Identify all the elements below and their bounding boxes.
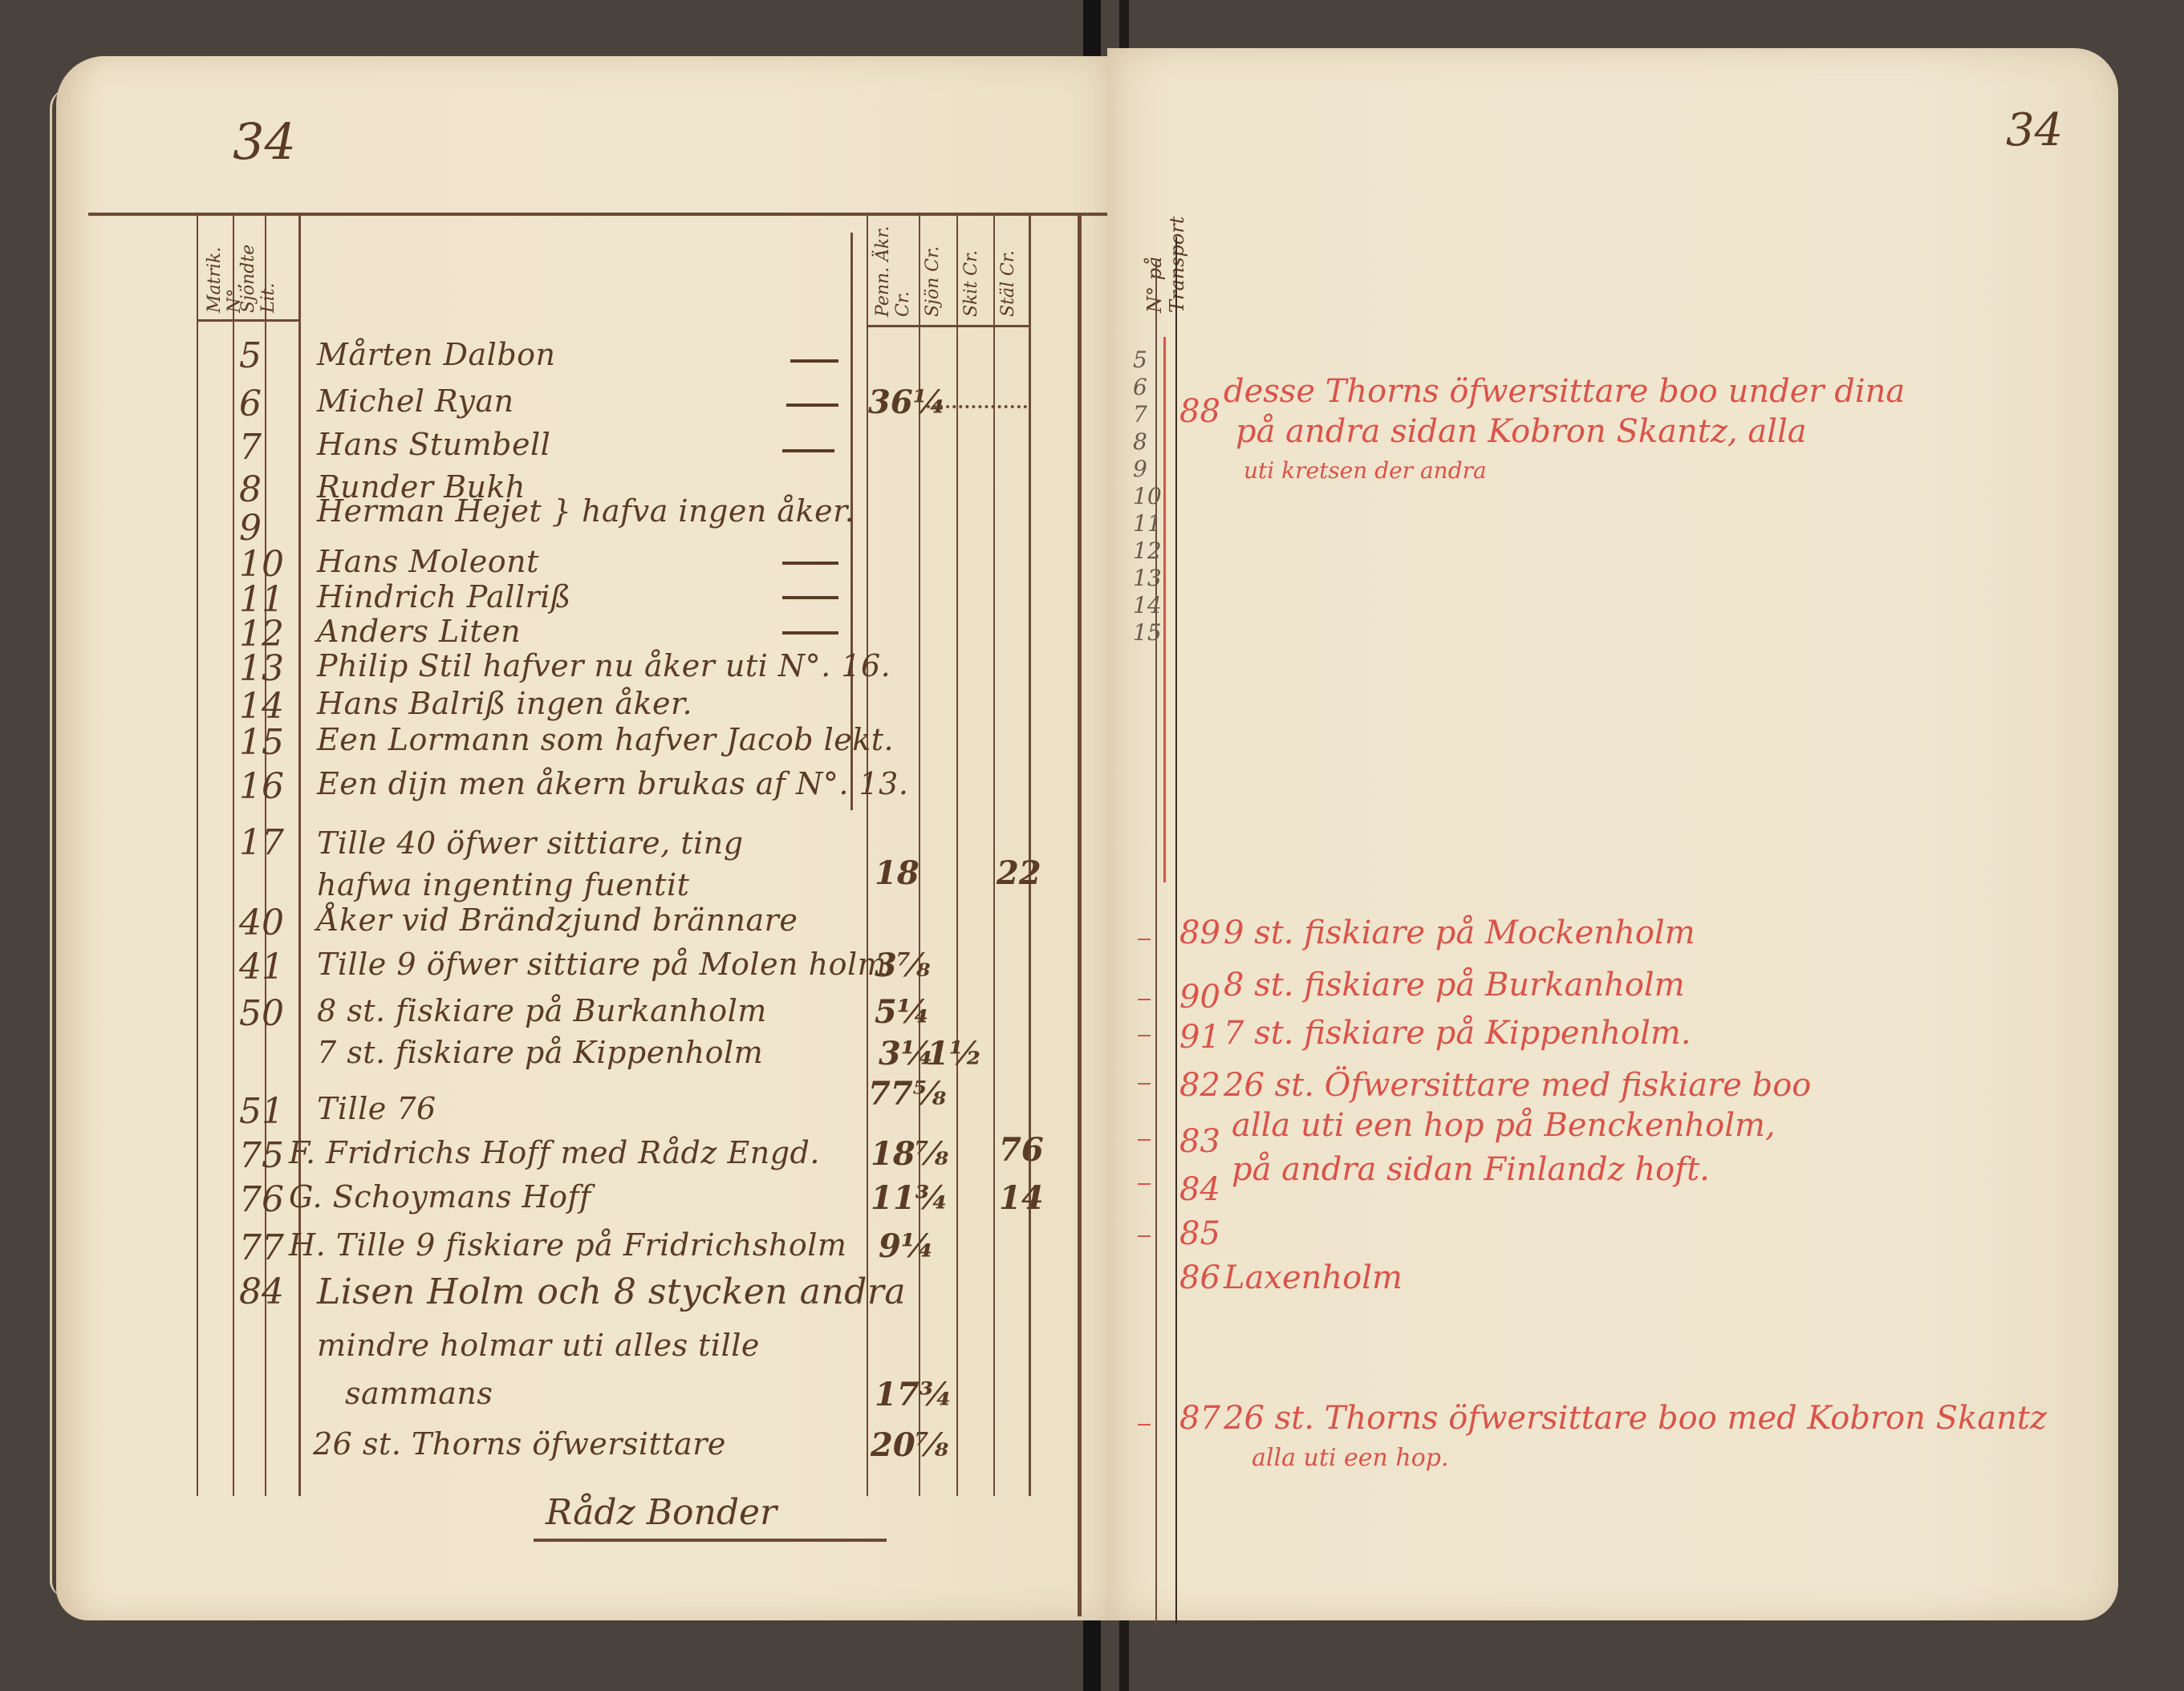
- entry-text: Tille 76: [317, 1091, 436, 1126]
- top-rule: [88, 213, 1115, 216]
- red-tick: [1138, 1139, 1151, 1141]
- entry-no: 16: [239, 766, 284, 807]
- dash-mark: [782, 449, 834, 452]
- red-tick: [1138, 1035, 1151, 1036]
- red-bracket: [1163, 337, 1166, 882]
- red-entry-no: 85: [1179, 1215, 1220, 1252]
- entry-text: G. Schoymans Hoff: [289, 1179, 591, 1215]
- entry-text: Tille 9 öfwer sittiare på Molen holm: [317, 947, 887, 982]
- signature-underline: [534, 1539, 887, 1542]
- dash-mark: [790, 359, 838, 363]
- entry-no: 50: [239, 993, 284, 1034]
- entry-amount: 5¼: [875, 993, 931, 1031]
- entry-text: 7 st. fiskiare på Kippenholm: [317, 1035, 763, 1070]
- entry-no: 9: [239, 508, 262, 549]
- right-page-number: 34: [2006, 104, 2063, 156]
- gutter-rule: [1078, 213, 1082, 1616]
- red-tick: [1138, 1083, 1151, 1085]
- red-entry-no: 90: [1179, 979, 1220, 1016]
- header-col-3: Skit Cr.: [961, 221, 981, 317]
- entry-no: 75: [239, 1135, 284, 1176]
- dash-mark: [782, 562, 838, 565]
- entry-extra: 22: [997, 854, 1041, 892]
- entry-amount: 3⅞: [875, 947, 930, 984]
- entry-no: 14: [239, 686, 284, 727]
- red-tick: [1138, 999, 1151, 1000]
- red-entry-line: Laxenholm: [1224, 1259, 1403, 1296]
- red-entry-no: 87: [1179, 1400, 1220, 1437]
- red-entry-line: uti kretsen der andra: [1244, 457, 1487, 484]
- entry-text: Herman Hejet } hafva ingen åker.: [317, 493, 855, 529]
- red-entry-line: 9 st. fiskiare på Mockenholm: [1224, 914, 1695, 951]
- entry-text: Hindrich Pallriß: [317, 579, 571, 614]
- red-entry-line: alla uti een hop.: [1252, 1444, 1449, 1472]
- red-entry-no: 84: [1179, 1171, 1220, 1208]
- entry-no: 17: [239, 822, 284, 863]
- red-entry-no: 83: [1179, 1123, 1220, 1160]
- col-rule: [233, 213, 234, 1496]
- col-rule: [298, 213, 301, 1496]
- header-rule: [867, 325, 1031, 327]
- entry-extra: 14: [999, 1179, 1044, 1217]
- entry-amount: 9¼: [879, 1227, 935, 1265]
- entry-extra: 1½: [927, 1035, 983, 1073]
- red-entry-line: 26 st. Öfwersittare med fiskiare boo: [1224, 1067, 1811, 1104]
- entry-amount: 77⅝: [868, 1075, 946, 1113]
- entry-no: 51: [239, 1091, 284, 1132]
- entry-text: 26 st. Thorns öfwersittare: [313, 1426, 726, 1462]
- entry-no: 15: [239, 722, 284, 763]
- entry-no: 41: [239, 947, 284, 987]
- entry-no: 8: [239, 469, 262, 510]
- red-entry-line: desse Thorns öfwersittare boo under dina: [1224, 373, 1905, 410]
- col-rule: [197, 213, 198, 1496]
- entry-text: Anders Liten: [317, 614, 521, 649]
- entry-text: F. Fridrichs Hoff med Rådz Engd.: [289, 1135, 820, 1170]
- entry-no: 84: [239, 1271, 284, 1312]
- red-entry-line: 8 st. fiskiare på Burkanholm: [1224, 967, 1685, 1004]
- red-entry-no: 86: [1179, 1259, 1220, 1296]
- entry-text: Åker vid Brändzjund brännare: [317, 902, 798, 938]
- left-page-number: 34: [233, 112, 296, 171]
- red-tick: [1138, 939, 1151, 940]
- red-entry-no: 88: [1179, 393, 1220, 430]
- dash-mark: [782, 631, 838, 635]
- entry-amount: 20⅞: [871, 1426, 948, 1464]
- entry-no: 13: [239, 648, 284, 689]
- red-entry-line: på andra sidan Kobron Skantz, alla: [1236, 413, 1807, 450]
- page-edge-stack: [50, 88, 70, 1596]
- entry-row: 5: [239, 335, 262, 376]
- entry-amount: 18: [875, 854, 919, 892]
- entry-text: Philip Stil hafver nu åker uti N°. 16.: [317, 648, 891, 683]
- entry-text: Michel Ryan: [317, 383, 514, 419]
- red-entry-no: 82: [1179, 1067, 1220, 1104]
- header-sjondte: Sjöndte Lit.: [238, 225, 278, 313]
- entry-text: Een Lormann som hafver Jacob lekt.: [317, 722, 894, 757]
- transport-numbers: 5 6 7 8 9 10 11 12 13 14 15: [1133, 347, 1162, 647]
- transport-header: N° på Transport: [1143, 225, 1188, 313]
- entry-amount: 18⅞: [871, 1135, 948, 1173]
- header-col-1: Penn. Äkr. Cr.: [873, 221, 913, 317]
- dotted-leader: [927, 405, 1027, 408]
- dash-mark: [782, 596, 838, 599]
- header-col-4: Stäl Cr.: [998, 221, 1018, 317]
- red-entry-line: 7 st. fiskiare på Kippenholm.: [1224, 1015, 1691, 1052]
- entry-text: Lisen Holm och 8 stycken andra: [317, 1271, 906, 1312]
- entry-text: Hans Stumbell: [317, 427, 550, 462]
- red-entry-line: 26 st. Thorns öfwersittare boo med Kobro…: [1224, 1400, 2047, 1437]
- entry-text: mindre holmar uti alles tille: [317, 1328, 760, 1363]
- entry-no: 7: [239, 427, 262, 468]
- dash-mark: [786, 403, 838, 407]
- red-tick: [1138, 1424, 1151, 1425]
- signature: Rådz Bonder: [546, 1492, 777, 1533]
- entry-amount: 17¾: [875, 1376, 952, 1413]
- entry-text: sammans: [345, 1376, 493, 1411]
- entry-text: Een dijn men åkern brukas af N°. 13.: [317, 766, 908, 801]
- transport-col-rule: [1175, 237, 1177, 1624]
- entry-no: 6: [239, 383, 262, 424]
- red-entry-line: på andra sidan Finlandz hoft.: [1232, 1151, 1710, 1188]
- header-rule: [197, 319, 301, 322]
- entry-no: 77: [239, 1227, 284, 1268]
- right-page: [1107, 48, 2118, 1620]
- red-tick: [1138, 1183, 1151, 1185]
- entry-no: 40: [239, 902, 284, 943]
- entry-extra: 76: [999, 1131, 1044, 1169]
- entry-amount: 11¾: [871, 1179, 948, 1217]
- entry-text: Hans Balriß ingen åker.: [317, 686, 692, 721]
- entry-text: 8 st. fiskiare på Burkanholm: [317, 993, 767, 1028]
- red-entry-no: 89: [1179, 914, 1220, 951]
- entry-text: H. Tille 9 fiskiare på Fridrichsholm: [289, 1227, 846, 1263]
- red-entry-no: 91: [1179, 1019, 1220, 1056]
- header-col-2: Sjön Cr.: [923, 221, 943, 317]
- entry-text: Mårten Dalbon: [317, 337, 556, 372]
- entry-no: 76: [239, 1179, 284, 1220]
- red-tick: [1138, 1235, 1151, 1237]
- entry-text: Tille 40 öfwer sittiare, ting hafwa inge…: [317, 822, 830, 906]
- red-entry-line: alla uti een hop på Benckenholm,: [1232, 1107, 1776, 1144]
- entry-text: Hans Moleont: [317, 544, 539, 579]
- entry-amount: 36¼: [868, 383, 946, 421]
